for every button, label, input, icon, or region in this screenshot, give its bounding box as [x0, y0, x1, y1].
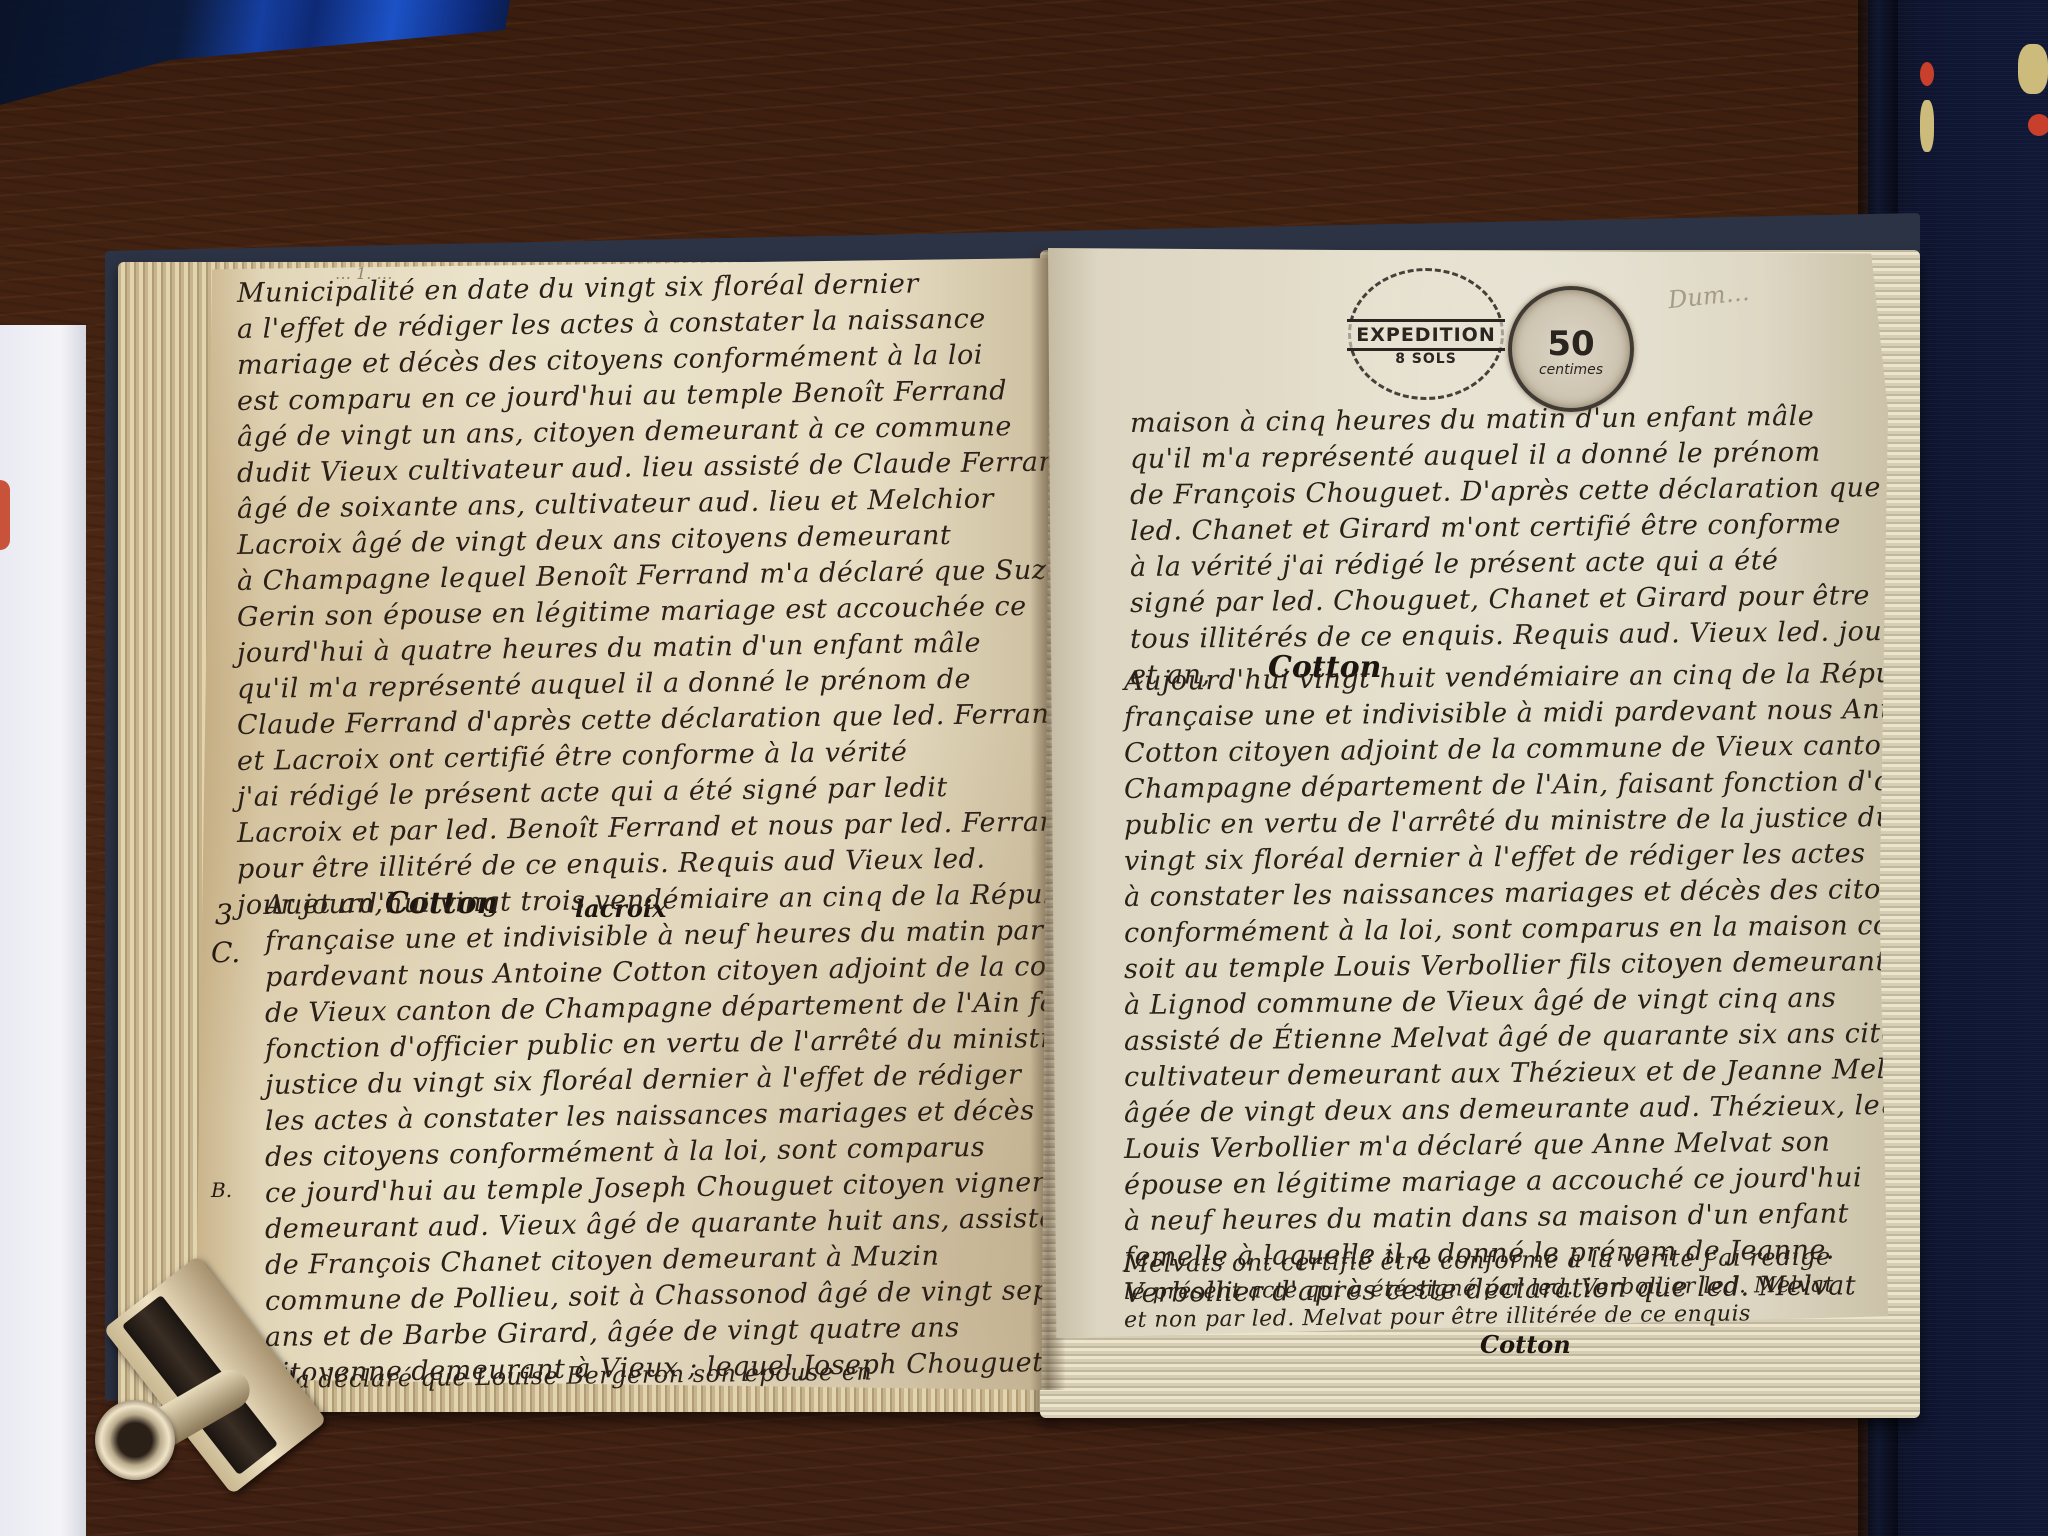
- handwritten-line: âgé de vingt un ans, citoyen demeurant à…: [237, 411, 1012, 453]
- handwritten-line: Cotton citoyen adjoint de la commune de …: [1124, 729, 1888, 769]
- handwritten-line: et Lacroix ont certifié être conforme à …: [237, 737, 908, 777]
- embroidered-flower-icon: [2018, 44, 2048, 94]
- handwritten-line: signé par led. Chouguet, Chanet et Girar…: [1130, 580, 1870, 619]
- handwritten-line: Louis Verbollier m'a déclaré que Anne Me…: [1124, 1127, 1831, 1165]
- handwritten-line: maison à cinq heures du matin d'un enfan…: [1130, 401, 1815, 439]
- handwritten-line: Lacroix âgé de vingt deux ans citoyens d…: [237, 520, 952, 561]
- handwritten-line: justice du vingt six floréal dernier à l…: [265, 1059, 1022, 1101]
- stamp-unit: centimes: [1512, 362, 1630, 378]
- handwritten-line: soit au temple Louis Verbollier fils cit…: [1124, 946, 1887, 985]
- handwritten-line: j'ai rédigé le présent acte qui a été si…: [237, 772, 948, 813]
- handwritten-line: à constater les naissances mariages et d…: [1124, 873, 1888, 913]
- stamp-label: EXPEDITION: [1347, 319, 1505, 351]
- handwritten-line: cultivateur demeurant aux Thézieux et de…: [1124, 1054, 1888, 1093]
- stamp-price: 8 SOLS: [1351, 351, 1501, 367]
- signature-cotton: Cotton: [1480, 1330, 1571, 1359]
- handwritten-line: à la vérité j'ai rédigé le présent acte …: [1130, 545, 1779, 583]
- binder-clip: [95, 1250, 345, 1480]
- handwritten-line: à neuf heures du matin dans sa maison d'…: [1124, 1198, 1849, 1237]
- handwritten-line: les actes à constater les naissances mar…: [265, 1095, 1035, 1137]
- handwritten-line: demeurant aud. Vieux âgé de quarante hui…: [265, 1203, 1050, 1245]
- handwritten-line: le présent acte qui a été signé par led.…: [1124, 1273, 1834, 1305]
- margin-note-letter-b: B.: [211, 1178, 232, 1202]
- handwritten-line: épouse en légitime mariage a accouché ce…: [1124, 1162, 1862, 1201]
- handwritten-line: led. Chanet et Girard m'ont certifié êtr…: [1130, 509, 1841, 547]
- right-page: maison à cinq heures du matin d'un enfan…: [1048, 248, 1888, 1338]
- handwritten-line: à Champagne lequel Benoît Ferrand m'a dé…: [237, 554, 1050, 597]
- handwritten-line: âgée de vingt deux ans demeurante aud. T…: [1124, 1089, 1888, 1129]
- handwritten-line: âgé de soixante ans, cultivateur aud. li…: [237, 483, 994, 525]
- handwritten-line: de François Chanet citoyen demeurant à M…: [265, 1241, 940, 1281]
- handwritten-line: fonction d'officier public en vertu de l…: [265, 1022, 1050, 1065]
- embroidered-flower-icon: [1920, 62, 1934, 86]
- handwritten-line: Aujourd'hui vingt trois vendémiaire an c…: [265, 878, 1050, 921]
- handwritten-line: Champagne département de l'Ain, faisant …: [1124, 765, 1888, 805]
- blue-plastic-object: [0, 0, 510, 105]
- left-page-bottom: m'a déclaré que Louise Bergeron son épou…: [265, 1366, 1045, 1406]
- margin-note-number: 3: [215, 898, 233, 931]
- handwritten-line: des citoyens conformément à la loi, sont…: [265, 1132, 986, 1173]
- handwritten-line: commune de Pollieu, soit à Chassonod âgé…: [265, 1275, 1050, 1317]
- centimes-stamp: 50 centimes: [1508, 286, 1634, 412]
- handwritten-line: mariage et décès des citoyens conforméme…: [237, 340, 983, 381]
- embroidered-flower-icon: [1920, 100, 1934, 152]
- stamp-value: 50: [1512, 324, 1630, 364]
- handwritten-line: dudit Vieux cultivateur aud. lieu assist…: [237, 446, 1050, 489]
- handwritten-line: jourd'hui à quatre heures du matin d'un …: [237, 628, 981, 669]
- handwritten-line: et non par led. Melvat pour être illitér…: [1124, 1301, 1751, 1333]
- handwritten-line: ce jourd'hui au temple Joseph Chouguet c…: [265, 1167, 1050, 1209]
- handwritten-line: m'a déclaré que Louise Bergeron son épou…: [265, 1366, 873, 1394]
- clip-ring-icon: [95, 1400, 175, 1480]
- photo-scene: … 1. … Municipalité en date du vingt six…: [0, 0, 2048, 1536]
- handwritten-line: vingt six floréal dernier à l'effet de r…: [1124, 838, 1866, 877]
- handwritten-line: Lacroix et par led. Benoît Ferrand et no…: [237, 806, 1050, 849]
- handwritten-line: française une et indivisible à neuf heur…: [265, 915, 1044, 957]
- handwritten-line: de François Chouguet. D'après cette décl…: [1130, 472, 1881, 511]
- handwritten-line: pardevant nous Antoine Cotton citoyen ad…: [265, 950, 1050, 993]
- orange-object-edge: [0, 480, 10, 550]
- handwritten-line: française une et indivisible à midi pard…: [1124, 693, 1888, 733]
- handwritten-line: Claude Ferrand d'après cette déclaration…: [237, 698, 1050, 741]
- expedition-stamp: EXPEDITION 8 SOLS: [1348, 268, 1504, 400]
- handwritten-line: a l'effet de rédiger les actes à constat…: [237, 304, 986, 345]
- handwritten-line: Gerin son épouse en légitime mariage est…: [237, 591, 1027, 633]
- handwritten-line: Aujourd'hui vingt huit vendémiaire an ci…: [1124, 657, 1888, 697]
- right-page-bottom: Melvats ont certifié être conforme à la …: [1110, 1250, 1870, 1370]
- handwritten-line: tous illitérés de ce enquis. Requis aud.…: [1130, 616, 1888, 655]
- handwritten-line: à Lignod commune de Vieux âgé de vingt c…: [1124, 983, 1837, 1021]
- embroidered-flower-icon: [2028, 114, 2048, 136]
- handwritten-line: assisté de Étienne Melvat âgé de quarant…: [1124, 1017, 1888, 1057]
- handwritten-line: qu'il m'a représenté auquel il a donné l…: [1130, 437, 1821, 475]
- handwritten-line: public en vertu de l'arrêté du ministre …: [1124, 802, 1888, 841]
- handwritten-line: qu'il m'a représenté auquel il a donné l…: [237, 664, 971, 705]
- white-paper-sheet: [0, 325, 86, 1536]
- handwritten-line: de Vieux canton de Champagne département…: [265, 986, 1050, 1029]
- handwritten-line: pour être illitéré de ce enquis. Requis …: [237, 844, 986, 885]
- handwritten-line: conformément à la loi, sont comparus en …: [1124, 909, 1888, 949]
- handwritten-line: est comparu en ce jourd'hui au temple Be…: [237, 375, 1007, 417]
- handwritten-line: ans et de Barbe Girard, âgée de vingt qu…: [265, 1312, 960, 1353]
- margin-note-letter: C.: [211, 936, 240, 969]
- left-page: … 1. … Municipalité en date du vingt six…: [195, 258, 1050, 1390]
